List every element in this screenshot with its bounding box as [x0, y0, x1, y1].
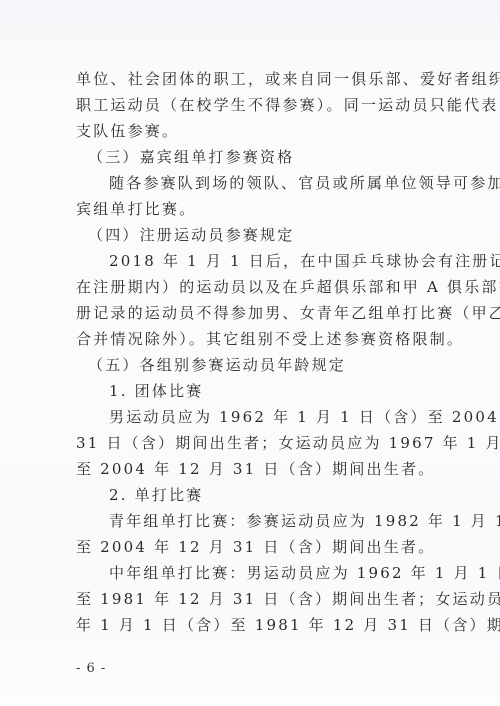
paragraph-line: 青年组单打比赛：参赛运动员应为 1982 年 1 月 1 日（含） — [76, 508, 426, 534]
paragraph-line: 册记录的运动员不得参加男、女青年乙组单打比赛（甲乙组 — [76, 300, 426, 326]
paragraph-line: 2018 年 1 月 1 日后，在中国乒乓球协会有注册记录（含 — [76, 248, 426, 274]
document-body: 单位、社会团体的职工，或来自同一俱乐部、爱好者组织的 职工运动员（在校学生不得参… — [76, 66, 426, 638]
section-heading-4: （四）注册运动员参赛规定 — [76, 222, 426, 248]
paragraph-line: 年 1 月 1 日（含）至 1981 年 12 月 31 日（含）期间出生者。 — [76, 612, 426, 638]
paragraph-line: 至 2004 年 12 月 31 日（含）期间出生者。 — [76, 534, 426, 560]
section-heading-5: （五）各组别参赛运动员年龄规定 — [76, 352, 426, 378]
page-number: - 6 - — [76, 661, 106, 676]
subsection-heading-team: 1. 团体比赛 — [76, 378, 426, 404]
paragraph-line: 中年组单打比赛：男运动员应为 1962 年 1 月 1 日（含） — [76, 560, 426, 586]
section-heading-3: （三）嘉宾组单打参赛资格 — [76, 144, 426, 170]
paragraph-line: 单位、社会团体的职工，或来自同一俱乐部、爱好者组织的 — [76, 66, 426, 92]
subsection-heading-singles: 2. 单打比赛 — [76, 482, 426, 508]
document-page: 单位、社会团体的职工，或来自同一俱乐部、爱好者组织的 职工运动员（在校学生不得参… — [0, 0, 500, 706]
paragraph-line: 31 日（含）期间出生者；女运动员应为 1967 年 1 月 1 日（含） — [76, 430, 426, 456]
paragraph-line: 合并情况除外）。其它组别不受上述参赛资格限制。 — [76, 326, 426, 352]
paragraph-line: 宾组单打比赛。 — [76, 196, 426, 222]
paragraph-line: 随各参赛队到场的领队、官员或所属单位领导可参加嘉 — [76, 170, 426, 196]
paragraph-line: 在注册期内）的运动员以及在乒超俱乐部和甲 A 俱乐部有注 — [76, 274, 426, 300]
paragraph-line: 至 1981 年 12 月 31 日（含）期间出生者；女运动员应为 1967 — [76, 586, 426, 612]
paragraph-line: 职工运动员（在校学生不得参赛）。同一运动员只能代表 1 — [76, 92, 426, 118]
paragraph-line: 男运动员应为 1962 年 1 月 1 日（含）至 2004 年 12 月 — [76, 404, 426, 430]
paragraph-line: 至 2004 年 12 月 31 日（含）期间出生者。 — [76, 456, 426, 482]
paragraph-line: 支队伍参赛。 — [76, 118, 426, 144]
